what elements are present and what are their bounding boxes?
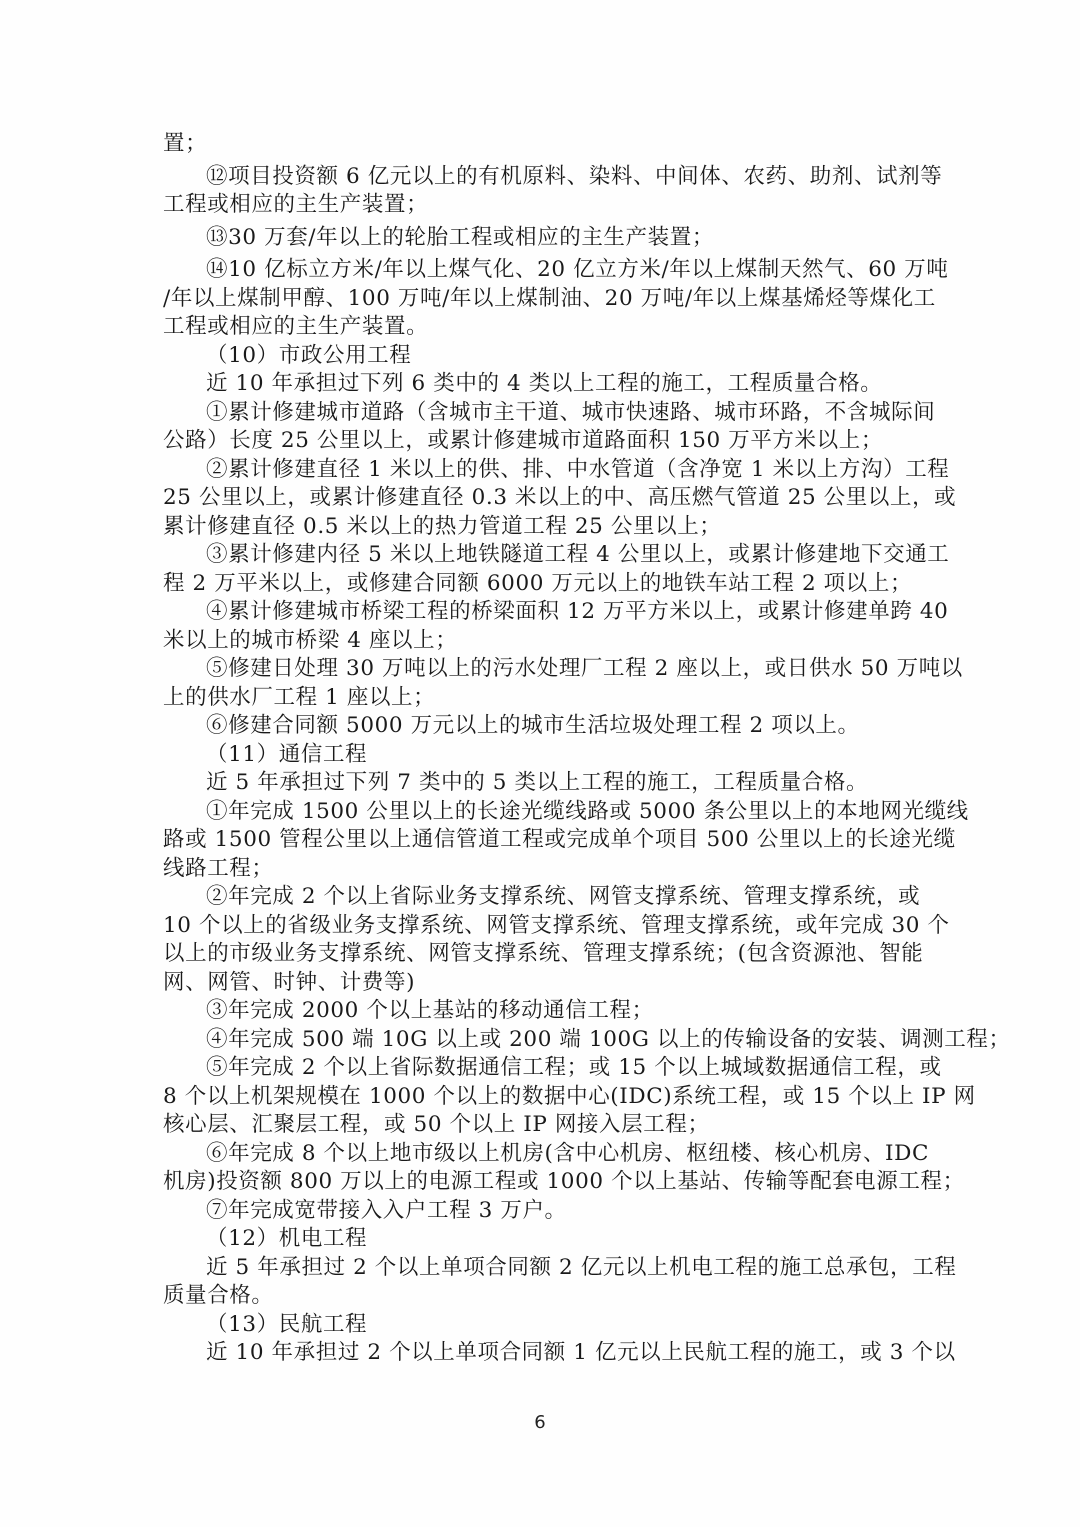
- text-line: 质量合格。: [163, 1282, 919, 1311]
- text-line: ②年完成 2 个以上省际业务支撑系统、网管支撑系统、管理支撑系统，或: [163, 883, 919, 912]
- text-line: 累计修建直径 0.5 米以上的热力管道工程 25 公里以上；: [163, 513, 919, 542]
- text-line: 25 公里以上，或累计修建直径 0.3 米以上的中、高压燃气管道 25 公里以上…: [163, 484, 919, 513]
- page-number: 6: [0, 1412, 1080, 1433]
- text-line: ⑦年完成宽带接入入户工程 3 万户。: [163, 1197, 919, 1226]
- text-line: 线路工程；: [163, 855, 919, 884]
- text-line: （10）市政公用工程: [163, 342, 919, 371]
- text-line: 上的供水厂工程 1 座以上；: [163, 684, 919, 713]
- document-body: 置；⑫项目投资额 6 亿元以上的有机原料、染料、中间体、农药、助剂、试剂等工程或…: [163, 130, 919, 1368]
- text-line: ⑥修建合同额 5000 万元以上的城市生活垃圾处理工程 2 项以上。: [163, 712, 919, 741]
- text-line: （12）机电工程: [163, 1225, 919, 1254]
- text-line: ⑤修建日处理 30 万吨以上的污水处理厂工程 2 座以上，或日供水 50 万吨以: [163, 655, 919, 684]
- text-line: 网、网管、时钟、计费等): [163, 969, 919, 998]
- text-line: 工程或相应的主生产装置。: [163, 313, 919, 342]
- text-line: 近 10 年承担过 2 个以上单项合同额 1 亿元以上民航工程的施工，或 3 个…: [163, 1339, 919, 1368]
- text-line: 核心层、汇聚层工程，或 50 个以上 IP 网接入层工程；: [163, 1111, 919, 1140]
- text-line: 近 10 年承担过下列 6 类中的 4 类以上工程的施工，工程质量合格。: [163, 370, 919, 399]
- text-line: （11）通信工程: [163, 741, 919, 770]
- text-line: ①年完成 1500 公里以上的长途光缆线路或 5000 条公里以上的本地网光缆线: [163, 798, 919, 827]
- text-line: ⑫项目投资额 6 亿元以上的有机原料、染料、中间体、农药、助剂、试剂等: [163, 163, 919, 192]
- document-page: 置；⑫项目投资额 6 亿元以上的有机原料、染料、中间体、农药、助剂、试剂等工程或…: [0, 0, 1080, 1527]
- text-line: （13）民航工程: [163, 1311, 919, 1340]
- text-line: 近 5 年承担过下列 7 类中的 5 类以上工程的施工，工程质量合格。: [163, 769, 919, 798]
- text-line: ③年完成 2000 个以上基站的移动通信工程；: [163, 997, 919, 1026]
- text-line: 米以上的城市桥梁 4 座以上；: [163, 627, 919, 656]
- text-line: 近 5 年承担过 2 个以上单项合同额 2 亿元以上机电工程的施工总承包，工程: [163, 1254, 919, 1283]
- text-line: ④年完成 500 端 10G 以上或 200 端 100G 以上的传输设备的安装…: [163, 1026, 919, 1055]
- text-line: 10 个以上的省级业务支撑系统、网管支撑系统、管理支撑系统，或年完成 30 个: [163, 912, 919, 941]
- text-line: ④累计修建城市桥梁工程的桥梁面积 12 万平方米以上，或累计修建单跨 40: [163, 598, 919, 627]
- text-line: 路或 1500 管程公里以上通信管道工程或完成单个项目 500 公里以上的长途光…: [163, 826, 919, 855]
- text-line: ⑤年完成 2 个以上省际数据通信工程；或 15 个以上城域数据通信工程，或: [163, 1054, 919, 1083]
- text-line: 置；: [163, 130, 919, 159]
- text-line: 机房)投资额 800 万以上的电源工程或 1000 个以上基站、传输等配套电源工…: [163, 1168, 919, 1197]
- text-line: ③累计修建内径 5 米以上地铁隧道工程 4 公里以上，或累计修建地下交通工: [163, 541, 919, 570]
- text-line: ⑭10 亿标立方米/年以上煤气化、20 亿立方米/年以上煤制天然气、60 万吨: [163, 256, 919, 285]
- text-line: ②累计修建直径 1 米以上的供、排、中水管道（含净宽 1 米以上方沟）工程: [163, 456, 919, 485]
- text-line: 以上的市级业务支撑系统、网管支撑系统、管理支撑系统；(包含资源池、智能: [163, 940, 919, 969]
- text-line: /年以上煤制甲醇、100 万吨/年以上煤制油、20 万吨/年以上煤基烯烃等煤化工: [163, 285, 919, 314]
- text-line: 公路）长度 25 公里以上，或累计修建城市道路面积 150 万平方米以上；: [163, 427, 919, 456]
- text-line: ⑥年完成 8 个以上地市级以上机房(含中心机房、枢纽楼、核心机房、IDC: [163, 1140, 919, 1169]
- text-line: 程 2 万平米以上，或修建合同额 6000 万元以上的地铁车站工程 2 项以上；: [163, 570, 919, 599]
- text-line: 8 个以上机架规模在 1000 个以上的数据中心(IDC)系统工程，或 15 个…: [163, 1083, 919, 1112]
- text-line: ①累计修建城市道路（含城市主干道、城市快速路、城市环路，不含城际间: [163, 399, 919, 428]
- text-line: 工程或相应的主生产装置；: [163, 191, 919, 220]
- text-line: ⑬30 万套/年以上的轮胎工程或相应的主生产装置；: [163, 224, 919, 253]
